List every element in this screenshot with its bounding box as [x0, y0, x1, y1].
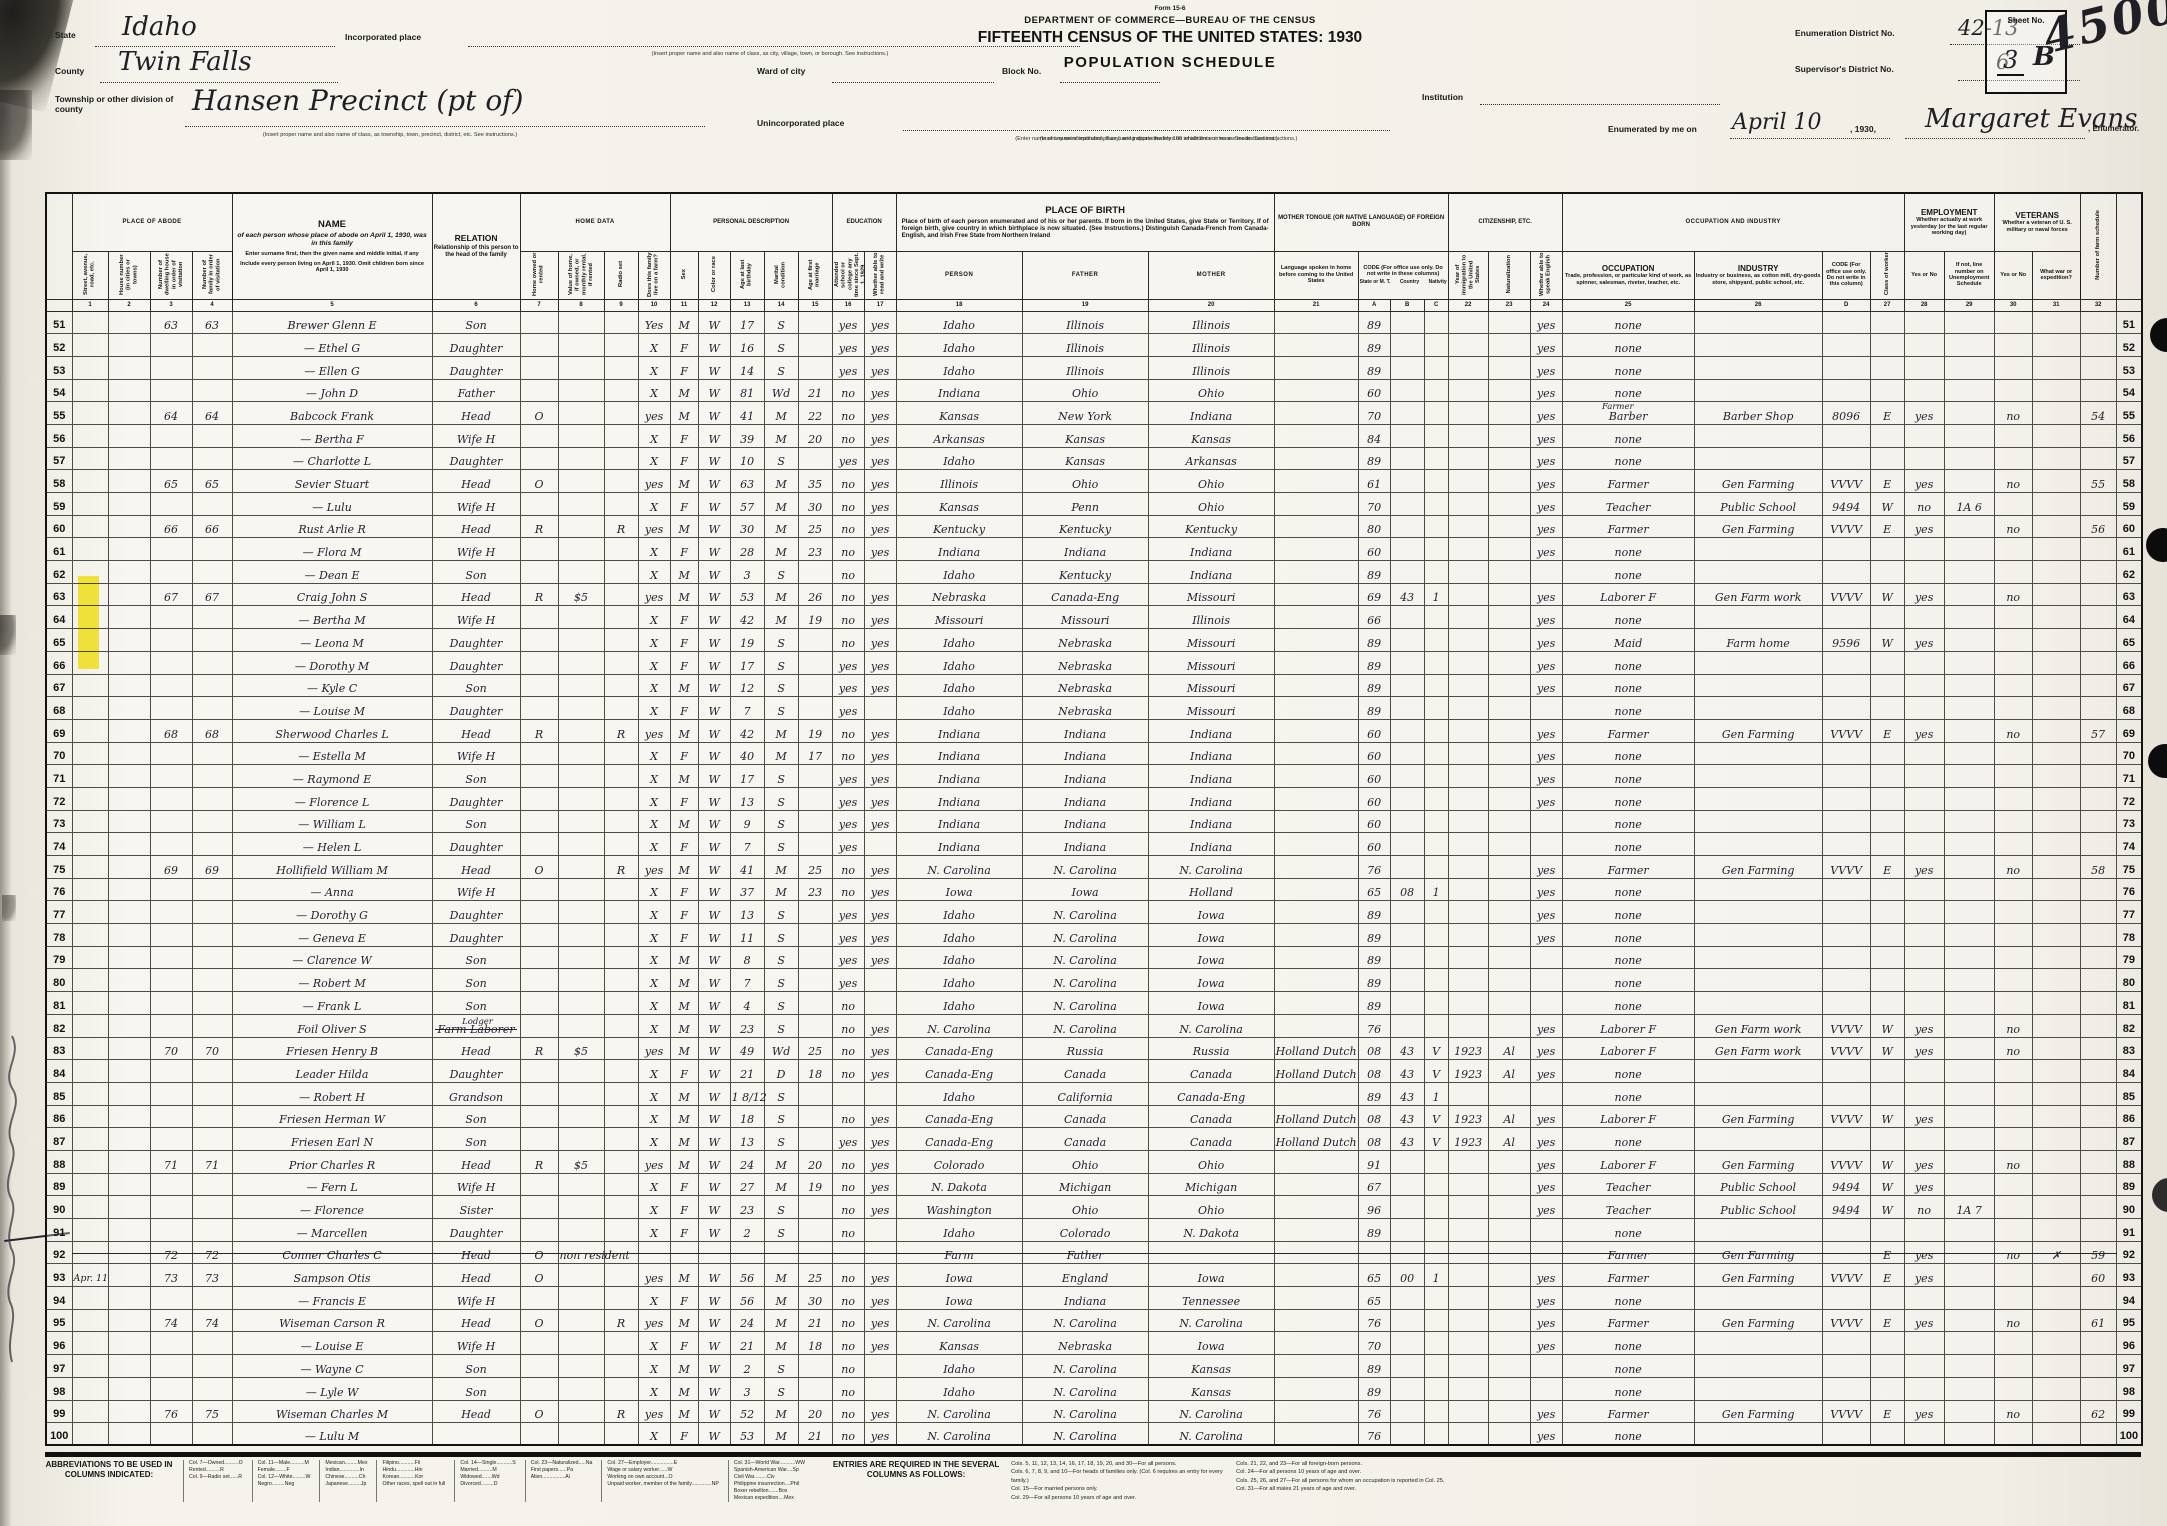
fam-line-64: [192, 606, 232, 629]
agm-line-63: 26: [798, 583, 832, 606]
rw-line-75: yes: [864, 856, 896, 879]
empl-line-73: [1944, 810, 1994, 833]
column-number: [46, 299, 72, 311]
pbf-line-67: Nebraska: [1022, 674, 1148, 697]
occ-line-68: none: [1562, 697, 1694, 720]
war-line-54: [2032, 379, 2080, 402]
col17-header: Whether able to read and write: [864, 251, 896, 299]
name-line-90: — Florence: [232, 1196, 432, 1219]
nat-line-80: [1488, 969, 1530, 992]
cc-line-72: [1424, 787, 1448, 810]
radio-line-67: [604, 674, 638, 697]
census-row-line-61: 61— Flora MWife HXFW28M23noyesIndianaInd…: [46, 538, 2142, 561]
eng-line-60: yes: [1530, 515, 1562, 538]
mar-line-60: M: [764, 515, 798, 538]
name-line-58: Sevier Stuart: [232, 470, 432, 493]
emp-line-94: [1904, 1287, 1944, 1310]
pb-line-85: Idaho: [896, 1082, 1022, 1105]
hn-line-81: [108, 992, 150, 1015]
imm-line-53: [1448, 356, 1488, 379]
pbm-line-78: Iowa: [1148, 924, 1274, 947]
hn-line-91: [108, 1219, 150, 1242]
war-line-67: [2032, 674, 2080, 697]
lang-line-68: [1274, 697, 1358, 720]
population-schedule-table: PLACE OF ABODE NAME of each person whose…: [45, 192, 2143, 1446]
group-place-of-abode: PLACE OF ABODE: [72, 193, 232, 251]
lang-line-53: [1274, 356, 1358, 379]
incorporated-place-label: Incorporated place: [345, 32, 421, 42]
lang-line-85: [1274, 1082, 1358, 1105]
ind-line-77: [1694, 901, 1822, 924]
group-citizenship: CITIZENSHIP, ETC.: [1448, 193, 1562, 251]
cc-line-53: [1424, 356, 1448, 379]
race-line-59: W: [698, 493, 730, 516]
census-row-line-78: 78— Geneva EDaughterXFW11SyesyesIdahoN. …: [46, 924, 2142, 947]
sex-line-91: F: [670, 1219, 698, 1242]
cb-line-96: [1390, 1332, 1424, 1355]
fam-line-77: [192, 901, 232, 924]
war-line-86: [2032, 1105, 2080, 1128]
empl-line-77: [1944, 901, 1994, 924]
code-line-96: [1822, 1332, 1870, 1355]
fam-line-79: [192, 946, 232, 969]
st-line-81: [72, 992, 108, 1015]
war-line-92: ✗: [2032, 1241, 2080, 1264]
st-line-93: Apr. 11: [72, 1264, 108, 1287]
pbm-line-85: Canada-Eng: [1148, 1082, 1274, 1105]
rel-line-88: Head: [432, 1150, 520, 1173]
rw-line-62: [864, 561, 896, 584]
occ-line-54: none: [1562, 379, 1694, 402]
sex-line-62: M: [670, 561, 698, 584]
sex-line-81: M: [670, 992, 698, 1015]
lang-line-52: [1274, 334, 1358, 357]
fs-line-86: [2080, 1105, 2116, 1128]
ln-line-83: 83: [2116, 1037, 2142, 1060]
cc-line-64: [1424, 606, 1448, 629]
code-line-77: [1822, 901, 1870, 924]
pbf-line-56: Kansas: [1022, 424, 1148, 447]
ln-line-56: 56: [46, 424, 72, 447]
code-line-87: [1822, 1128, 1870, 1151]
pbm-line-66: Missouri: [1148, 651, 1274, 674]
val-line-57: [558, 447, 604, 470]
ind-line-92: Gen Farming: [1694, 1241, 1822, 1264]
empl-line-81: [1944, 992, 1994, 1015]
emp-line-66: [1904, 651, 1944, 674]
age-line-60: 30: [730, 515, 764, 538]
own-line-88: R: [520, 1150, 558, 1173]
rw-line-94: yes: [864, 1287, 896, 1310]
farm-line-69: yes: [638, 719, 670, 742]
age-line-66: 17: [730, 651, 764, 674]
pb-line-67: Idaho: [896, 674, 1022, 697]
vet-line-66: [1994, 651, 2032, 674]
county-label: County: [55, 66, 84, 76]
code-line-73: [1822, 810, 1870, 833]
st-line-97: [72, 1355, 108, 1378]
st-line-87: [72, 1128, 108, 1151]
name-line-87: Friesen Earl N: [232, 1128, 432, 1151]
eng-line-64: yes: [1530, 606, 1562, 629]
farm-line-100: X: [638, 1423, 670, 1446]
agm-line-67: [798, 674, 832, 697]
rule: [832, 82, 994, 83]
hn-line-62: [108, 561, 150, 584]
wcls-line-68: [1870, 697, 1904, 720]
sch-line-100: no: [832, 1423, 864, 1446]
sch-line-82: no: [832, 1014, 864, 1037]
group-mother-tongue: MOTHER TONGUE (OR NATIVE LANGUAGE) OF FO…: [1274, 193, 1448, 251]
census-row-line-62: 62— Dean ESonXMW3SnoIdahoKentuckyIndiana…: [46, 561, 2142, 584]
pb-line-66: Idaho: [896, 651, 1022, 674]
pbf-line-70: Indiana: [1022, 742, 1148, 765]
imm-line-92: [1448, 1241, 1488, 1264]
fam-line-56: [192, 424, 232, 447]
nat-line-67: [1488, 674, 1530, 697]
hn-line-74: [108, 833, 150, 856]
pb-line-55: Kansas: [896, 402, 1022, 425]
pb-line-87: Canada-Eng: [896, 1128, 1022, 1151]
own-line-93: O: [520, 1264, 558, 1287]
dw-line-64: [150, 606, 192, 629]
vet-line-91: [1994, 1219, 2032, 1242]
radio-line-62: [604, 561, 638, 584]
cc-line-76: 1: [1424, 878, 1448, 901]
rw-line-67: yes: [864, 674, 896, 697]
wcls-line-90: W: [1870, 1196, 1904, 1219]
war-line-72: [2032, 787, 2080, 810]
fam-line-84: [192, 1060, 232, 1083]
war-line-100: [2032, 1423, 2080, 1446]
fs-line-91: [2080, 1219, 2116, 1242]
wcls-line-66: [1870, 651, 1904, 674]
pbm-line-56: Kansas: [1148, 424, 1274, 447]
ca-line-93: 65: [1358, 1264, 1390, 1287]
rw-line-59: yes: [864, 493, 896, 516]
census-row-line-86: 86Friesen Herman WSonXMW18SnoyesCanada-E…: [46, 1105, 2142, 1128]
imm-line-59: [1448, 493, 1488, 516]
name-line-54: — John D: [232, 379, 432, 402]
imm-line-54: [1448, 379, 1488, 402]
name-line-63: Craig John S: [232, 583, 432, 606]
st-line-80: [72, 969, 108, 992]
cc-line-58: [1424, 470, 1448, 493]
sch-line-59: no: [832, 493, 864, 516]
cc-line-67: [1424, 674, 1448, 697]
pbf-line-91: Colorado: [1022, 1219, 1148, 1242]
eng-line-94: yes: [1530, 1287, 1562, 1310]
name-line-52: — Ethel G: [232, 334, 432, 357]
census-row-line-52: 52— Ethel GDaughterXFW16SyesyesIdahoIlli…: [46, 334, 2142, 357]
sex-line-74: F: [670, 833, 698, 856]
col8-header: Value of home, if owned, or monthly rent…: [558, 251, 604, 299]
pbf-line-65: Nebraska: [1022, 629, 1148, 652]
race-line-57: W: [698, 447, 730, 470]
dw-line-94: [150, 1287, 192, 1310]
name-line-65: — Leona M: [232, 629, 432, 652]
code-line-94: [1822, 1287, 1870, 1310]
col22-header: Year of immigration to the United States: [1448, 251, 1488, 299]
st-line-66: [72, 651, 108, 674]
cb-line-94: [1390, 1287, 1424, 1310]
agm-line-100: 21: [798, 1423, 832, 1446]
rel-line-58: Head: [432, 470, 520, 493]
name-line-73: — William L: [232, 810, 432, 833]
name-line-72: — Florence L: [232, 787, 432, 810]
hn-line-67: [108, 674, 150, 697]
emp-line-52: [1904, 334, 1944, 357]
code-d-header: CODE (For office use only. Do not write …: [1822, 251, 1870, 299]
ind-line-83: Gen Farm work: [1694, 1037, 1822, 1060]
empl-line-92: [1944, 1241, 1994, 1264]
wcls-line-85: [1870, 1082, 1904, 1105]
pb-line-89: N. Dakota: [896, 1173, 1022, 1196]
empl-line-99: [1944, 1400, 1994, 1423]
cc-line-92: [1424, 1241, 1448, 1264]
empl-line-94: [1944, 1287, 1994, 1310]
name-line-53: — Ellen G: [232, 356, 432, 379]
ca-line-92: [1358, 1241, 1390, 1264]
sheet-number-value: 3: [1997, 46, 2024, 76]
farm-line-55: yes: [638, 402, 670, 425]
dw-line-56: [150, 424, 192, 447]
dw-line-96: [150, 1332, 192, 1355]
pb-line-69: Indiana: [896, 719, 1022, 742]
val-line-60: [558, 515, 604, 538]
age-line-51: 17: [730, 311, 764, 334]
occ-line-60: Farmer: [1562, 515, 1694, 538]
nat-line-95: [1488, 1309, 1530, 1332]
nat-line-97: [1488, 1355, 1530, 1378]
ln-line-75: 75: [46, 856, 72, 879]
mar-line-73: S: [764, 810, 798, 833]
farm-line-68: X: [638, 697, 670, 720]
race-line-62: W: [698, 561, 730, 584]
ln-line-87: 87: [46, 1128, 72, 1151]
code-line-93: VVVV: [1822, 1264, 1870, 1287]
code-line-53: [1822, 356, 1870, 379]
mar-line-52: S: [764, 334, 798, 357]
occ-line-98: none: [1562, 1377, 1694, 1400]
farm-line-98: X: [638, 1377, 670, 1400]
lang-line-81: [1274, 992, 1358, 1015]
agm-line-86: [798, 1105, 832, 1128]
sex-line-67: M: [670, 674, 698, 697]
nat-line-68: [1488, 697, 1530, 720]
eng-line-63: yes: [1530, 583, 1562, 606]
fs-line-64: [2080, 606, 2116, 629]
wcls-line-99: E: [1870, 1400, 1904, 1423]
vet-line-54: [1994, 379, 2032, 402]
pbm-line-62: Indiana: [1148, 561, 1274, 584]
sch-line-83: no: [832, 1037, 864, 1060]
emp-line-56: [1904, 424, 1944, 447]
column-number: 17: [864, 299, 896, 311]
cc-line-85: 1: [1424, 1082, 1448, 1105]
nat-line-100: [1488, 1423, 1530, 1446]
imm-line-63: [1448, 583, 1488, 606]
ca-line-83: 08: [1358, 1037, 1390, 1060]
vet-line-56: [1994, 424, 2032, 447]
farm-line-75: yes: [638, 856, 670, 879]
own-line-97: [520, 1355, 558, 1378]
rel-line-87: Son: [432, 1128, 520, 1151]
nat-line-71: [1488, 765, 1530, 788]
hn-line-90: [108, 1196, 150, 1219]
age-line-61: 28: [730, 538, 764, 561]
lang-line-78: [1274, 924, 1358, 947]
sch-line-51: yes: [832, 311, 864, 334]
st-line-78: [72, 924, 108, 947]
race-line-88: W: [698, 1150, 730, 1173]
age-line-78: 11: [730, 924, 764, 947]
fs-line-85: [2080, 1082, 2116, 1105]
sch-line-55: no: [832, 402, 864, 425]
pbm-line-82: N. Carolina: [1148, 1014, 1274, 1037]
lang-line-71: [1274, 765, 1358, 788]
ca-line-82: 76: [1358, 1014, 1390, 1037]
hn-line-100: [108, 1423, 150, 1446]
ln-line-100: 100: [46, 1423, 72, 1446]
race-line-74: W: [698, 833, 730, 856]
own-line-79: [520, 946, 558, 969]
name-line-100: — Lulu M: [232, 1423, 432, 1446]
emp-line-95: yes: [1904, 1309, 1944, 1332]
radio-line-59: [604, 493, 638, 516]
vet-line-89: [1994, 1173, 2032, 1196]
ln-line-87: 87: [2116, 1128, 2142, 1151]
ln-line-68: 68: [2116, 697, 2142, 720]
war-line-69: [2032, 719, 2080, 742]
pbm-line-55: Indiana: [1148, 402, 1274, 425]
occ-line-85: none: [1562, 1082, 1694, 1105]
val-line-70: [558, 742, 604, 765]
fs-line-96: [2080, 1332, 2116, 1355]
emp-line-51: [1904, 311, 1944, 334]
val-line-95: [558, 1309, 604, 1332]
own-line-81: [520, 992, 558, 1015]
st-line-65: [72, 629, 108, 652]
farm-line-72: X: [638, 787, 670, 810]
farm-line-85: X: [638, 1082, 670, 1105]
lang-line-65: [1274, 629, 1358, 652]
pbf-line-100: N. Carolina: [1022, 1423, 1148, 1446]
nat-line-61: [1488, 538, 1530, 561]
fam-line-88: 71: [192, 1150, 232, 1173]
fs-line-66: [2080, 651, 2116, 674]
ind-line-89: Public School: [1694, 1173, 1822, 1196]
radio-line-56: [604, 424, 638, 447]
rel-line-66: Daughter: [432, 651, 520, 674]
dw-line-89: [150, 1173, 192, 1196]
ln-line-65: 65: [46, 629, 72, 652]
dw-line-100: [150, 1423, 192, 1446]
imm-line-79: [1448, 946, 1488, 969]
column-number: 29: [1944, 299, 1994, 311]
val-line-75: [558, 856, 604, 879]
st-line-79: [72, 946, 108, 969]
lang-line-83: Holland Dutch: [1274, 1037, 1358, 1060]
pb-line-54: Indiana: [896, 379, 1022, 402]
dw-line-86: [150, 1105, 192, 1128]
code-line-62: [1822, 561, 1870, 584]
nat-line-92: [1488, 1241, 1530, 1264]
column-number: 23: [1488, 299, 1530, 311]
rw-line-71: yes: [864, 765, 896, 788]
sex-line-54: M: [670, 379, 698, 402]
race-line-65: W: [698, 629, 730, 652]
rw-line-88: yes: [864, 1150, 896, 1173]
pbm-line-92: [1148, 1241, 1274, 1264]
lang-line-63: [1274, 583, 1358, 606]
fs-line-95: 61: [2080, 1309, 2116, 1332]
census-row-line-69: 696868Sherwood Charles LHeadRRyesMW42M19…: [46, 719, 2142, 742]
emp-line-84: [1904, 1060, 1944, 1083]
column-number: 15: [798, 299, 832, 311]
code-line-60: VVVV: [1822, 515, 1870, 538]
vet-line-64: [1994, 606, 2032, 629]
hn-line-83: [108, 1037, 150, 1060]
sch-line-63: no: [832, 583, 864, 606]
emp-line-87: [1904, 1128, 1944, 1151]
dw-line-68: [150, 697, 192, 720]
pb-line-78: Idaho: [896, 924, 1022, 947]
nat-line-70: [1488, 742, 1530, 765]
occ-line-64: none: [1562, 606, 1694, 629]
cb-line-55: [1390, 402, 1424, 425]
mar-line-96: M: [764, 1332, 798, 1355]
fs-line-52: [2080, 334, 2116, 357]
wcls-line-71: [1870, 765, 1904, 788]
lang-line-77: [1274, 901, 1358, 924]
own-line-74: [520, 833, 558, 856]
state-label: State: [55, 30, 76, 40]
pbm-line-89: Michigan: [1148, 1173, 1274, 1196]
scan-artifact: [0, 615, 16, 655]
census-row-line-85: 85— Robert HGrandsonXMW1 8/12SIdahoCalif…: [46, 1082, 2142, 1105]
imm-line-76: [1448, 878, 1488, 901]
pbf-line-95: N. Carolina: [1022, 1309, 1148, 1332]
ca-line-72: 60: [1358, 787, 1390, 810]
eng-line-57: yes: [1530, 447, 1562, 470]
census-row-line-56: 56— Bertha FWife HXFW39M20noyesArkansasK…: [46, 424, 2142, 447]
column-number: 25: [1562, 299, 1694, 311]
empl-line-68: [1944, 697, 1994, 720]
vet-line-72: [1994, 787, 2032, 810]
sex-line-99: M: [670, 1400, 698, 1423]
wcls-line-100: [1870, 1423, 1904, 1446]
imm-line-67: [1448, 674, 1488, 697]
pbf-line-82: N. Carolina: [1022, 1014, 1148, 1037]
race-line-99: W: [698, 1400, 730, 1423]
age-line-95: 24: [730, 1309, 764, 1332]
lang-line-98: [1274, 1377, 1358, 1400]
table-header: PLACE OF ABODE NAME of each person whose…: [46, 193, 2142, 311]
empl-line-89: [1944, 1173, 1994, 1196]
ln-line-92: 92: [46, 1241, 72, 1264]
rel-line-95: Head: [432, 1309, 520, 1332]
ln-line-89: 89: [2116, 1173, 2142, 1196]
imm-line-74: [1448, 833, 1488, 856]
agm-line-65: [798, 629, 832, 652]
code-line-91: [1822, 1219, 1870, 1242]
war-line-51: [2032, 311, 2080, 334]
age-line-88: 24: [730, 1150, 764, 1173]
wcls-line-65: W: [1870, 629, 1904, 652]
wcls-line-80: [1870, 969, 1904, 992]
fs-line-99: 62: [2080, 1400, 2116, 1423]
